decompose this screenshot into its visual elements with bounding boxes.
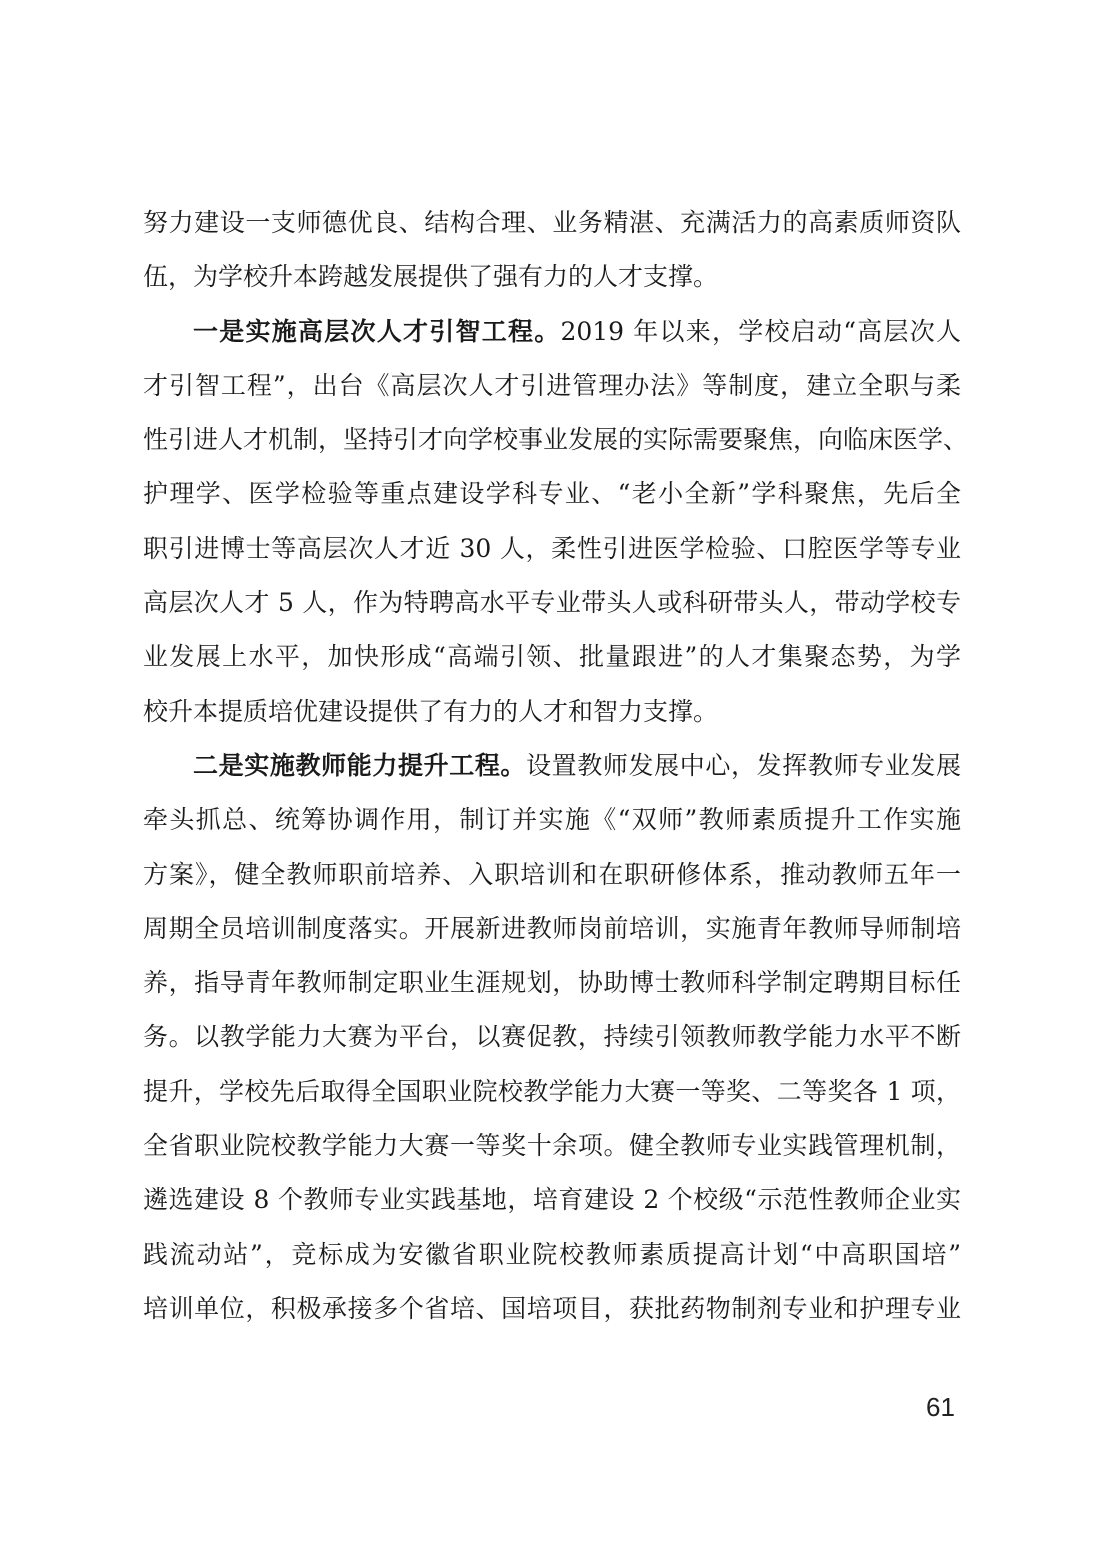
text-line: 养，指导青年教师制定职业生涯规划，协助博士教师科学制定聘期目标任 [143, 956, 961, 1010]
text-line: 伍，为学校升本跨越发展提供了强有力的人才支撑。 [143, 250, 961, 304]
text-line: 牵头抓总、统筹协调作用，制订并实施《“双师”教师素质提升工作实施 [143, 793, 961, 847]
text-span: 设置教师发展中心，发挥教师专业发展 [526, 751, 961, 780]
text-line: 周期全员培训制度落实。开展新进教师岗前培训，实施青年教师导师制培 [143, 902, 961, 956]
text-line: 遴选建设 8 个教师专业实践基地，培育建设 2 个校级“示范性教师企业实 [143, 1173, 961, 1227]
text-line: 践流动站”，竞标成为安徽省职业院校教师素质提高计划“中高职国培” [143, 1228, 961, 1282]
paragraph-heading: 二是实施教师能力提升工程。 [193, 751, 526, 780]
text-line: 提升，学校先后取得全国职业院校教学能力大赛一等奖、二等奖各 1 项， [143, 1065, 961, 1119]
page-number: 61 [926, 1392, 955, 1423]
text-line: 方案》，健全教师职前培养、入职培训和在职研修体系，推动教师五年一 [143, 848, 961, 902]
text-line: 培训单位，积极承接多个省培、国培项目，获批药物制剂专业和护理专业 [143, 1282, 961, 1336]
text-line: 业发展上水平，加快形成“高端引领、批量跟进”的人才集聚态势，为学 [143, 630, 961, 684]
paragraph-first-line: 一是实施高层次人才引智工程。2019 年以来，学校启动“高层次人 [143, 305, 961, 359]
text-line: 校升本提质培优建设提供了有力的人才和智力支撑。 [143, 685, 961, 739]
text-line: 务。以教学能力大赛为平台，以赛促教，持续引领教师教学能力水平不断 [143, 1010, 961, 1064]
text-line: 职引进博士等高层次人才近 30 人，柔性引进医学检验、口腔医学等专业 [143, 522, 961, 576]
paragraph-first-line: 二是实施教师能力提升工程。设置教师发展中心，发挥教师专业发展 [143, 739, 961, 793]
document-body: 努力建设一支师德优良、结构合理、业务精湛、充满活力的高素质师资队 伍，为学校升本… [143, 196, 961, 1336]
text-span: 2019 年以来，学校启动“高层次人 [560, 317, 961, 346]
text-line: 高层次人才 5 人，作为特聘高水平专业带头人或科研带头人，带动学校专 [143, 576, 961, 630]
text-line: 性引进人才机制，坚持引才向学校事业发展的实际需要聚焦，向临床医学、 [143, 413, 961, 467]
text-line: 护理学、医学检验等重点建设学科专业、“老小全新”学科聚焦，先后全 [143, 467, 961, 521]
text-line: 全省职业院校教学能力大赛一等奖十余项。健全教师专业实践管理机制， [143, 1119, 961, 1173]
text-line: 努力建设一支师德优良、结构合理、业务精湛、充满活力的高素质师资队 [143, 196, 961, 250]
text-line: 才引智工程”，出台《高层次人才引进管理办法》等制度，建立全职与柔 [143, 359, 961, 413]
paragraph-heading: 一是实施高层次人才引智工程。 [193, 317, 560, 346]
